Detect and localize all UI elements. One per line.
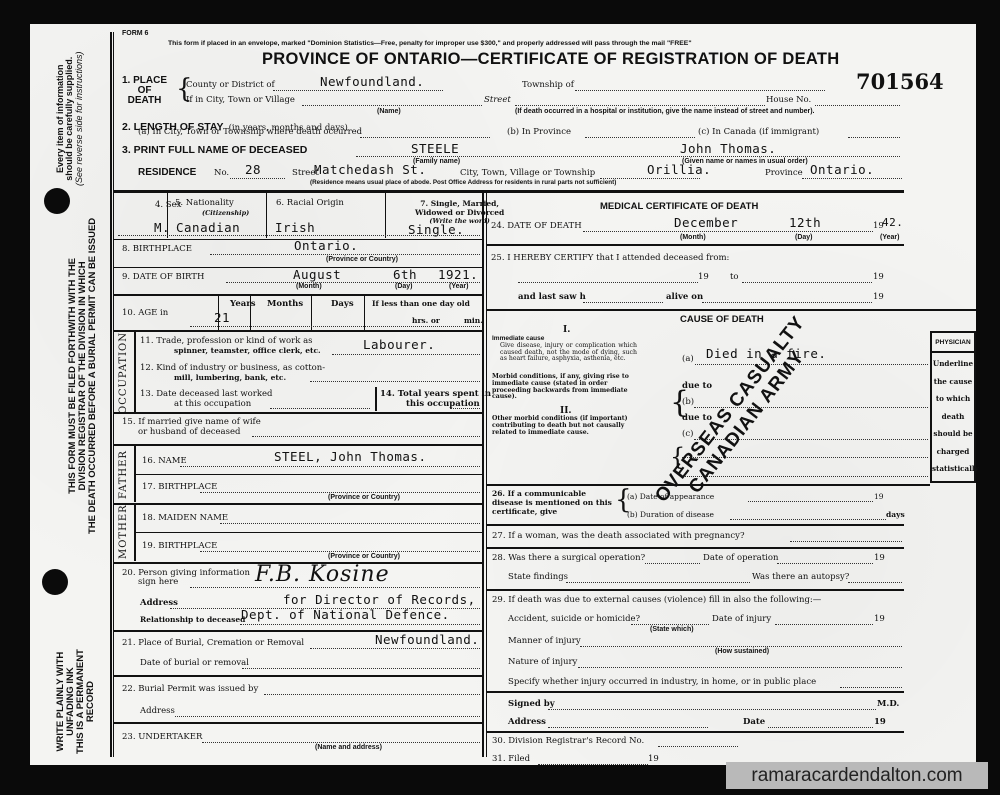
sex-value: M. [154,220,170,235]
burial-place-value: Newfoundland. [375,632,479,647]
margin-rule [110,32,114,757]
occupation-value: Labourer. [363,337,435,352]
form-number: FORM 6 [122,30,148,37]
punch-hole-bottom [42,569,68,595]
website-watermark: ramaracardendalton.com [726,762,988,789]
birthplace-value: Ontario. [294,238,358,253]
mail-notice: This form if placed in an envelope, mark… [168,40,692,47]
place-of-death-label: 1. PLACE OF DEATH [122,76,167,106]
medical-heading: MEDICAL CERTIFICATE OF DEATH [600,201,758,212]
residence-city: Orillia. [647,162,711,177]
mother-side-label: MOTHER [118,504,129,559]
dob-month: August [293,267,341,282]
filing-notice: THIS FORM MUST BE FILED FORTHWITH WITH T… [68,218,98,534]
death-year: 42. [882,216,903,229]
residence-street: Matchedash St. [314,162,426,177]
age-years-value: 21 [214,310,230,325]
left-margin: Every item of information should be care… [30,24,112,765]
father-side-label: FATHER [118,450,129,499]
death-month: December [674,215,738,230]
death-certificate: Every item of information should be care… [30,24,976,765]
county-value: Newfoundland. [320,74,424,89]
father-name-value: STEEL, John Thomas. [274,449,427,464]
certificate-number: 701564 [856,69,944,94]
punch-hole-top [44,188,70,214]
informant-relationship: Dept. of National Defence. [241,607,450,622]
ink-notice: WRITE PLAINLY WITH UNFADING INK THIS IS … [56,649,96,754]
dob-day: 6th [393,267,417,282]
informant-signature: F.B. Kosine [255,562,390,587]
cause-heading: CAUSE OF DEATH [680,314,764,325]
residence-number: 28 [245,162,261,177]
physician-box: PHYSICIAN Underline the cause to which d… [930,331,976,483]
nationality-value: Canadian [176,220,240,235]
instructions-note: Every item of information should be care… [56,51,84,186]
deceased-given-names: John Thomas. [680,141,776,156]
occupation-side-label: OCCUPATION [118,332,129,414]
residence-province: Ontario. [810,162,874,177]
racial-origin-value: Irish [275,220,315,235]
page-title: PROVINCE OF ONTARIO—CERTIFICATE OF REGIS… [262,50,840,69]
death-day: 12th [789,215,821,230]
deceased-family-name: STEELE [411,141,459,156]
dob-year: 1921. [438,267,478,282]
informant-address: for Director of Records, [283,592,476,607]
